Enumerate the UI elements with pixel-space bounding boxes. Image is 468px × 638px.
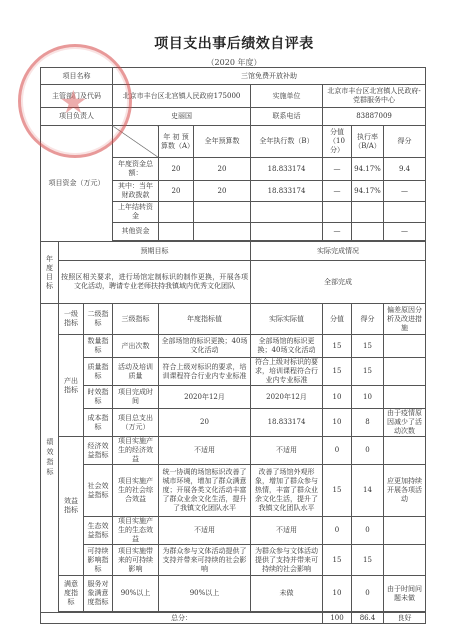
score-cell: 14 (352, 465, 384, 517)
row-funds-header: 项目资金（万元） 年 初 预算数（A） 全年预算数 全年执行数（B） 分值（10… (41, 126, 426, 158)
header-value: 分值 (323, 304, 352, 335)
indicator-row: 可持续影响指标 项目实施带来的可持续影响 为群众参与文体活动提供了支持并带来可持… (41, 545, 426, 576)
impl-unit-label: 实施单位 (251, 85, 323, 108)
level2-cell: 可持续影响指标 (84, 545, 113, 576)
fund-score: — (384, 223, 426, 241)
row-goals-content: 按照区相关要求，进行场馆定制标识的制作更换，开展各项文化活动，聘请专业老师扶持我… (41, 261, 426, 304)
reason-cell: 应更加持续开展各项活动 (384, 465, 426, 517)
target-cell: 20 (159, 409, 251, 437)
row-project-name: 项目名称 三馆免费开放补助 (41, 68, 426, 85)
level3-cell: 项目实施产生的社会综合效益 (113, 465, 159, 517)
page-title: 项目支出事后绩效自评表 (0, 33, 468, 53)
level3-cell: 活动及培训质量 (113, 358, 159, 386)
header-reason: 偏差原因分析及改进措施 (384, 304, 426, 335)
value-cell: 10 (323, 409, 352, 437)
actual-cell: 改善了场馆外观形象，增加了群众参与热情，丰富了群众业余文化生活，提升了我镇文化团… (251, 465, 323, 517)
value-cell: 15 (323, 465, 352, 517)
row-manager: 项目负责人 史丽国 联系电话 83887009 (41, 108, 426, 126)
header-level1: 一级指标 (59, 304, 84, 335)
fund-initial (159, 223, 194, 241)
score-cell: 15 (352, 358, 384, 386)
row-dept: 主管部门及代码 北京市丰台区北宫镇人民政府175000 实施单位 北京市丰台区北… (41, 85, 426, 108)
indicator-row: 效益指标 经济效益指标 项目实施产生的经济效益 不适用 不适用 0 0 (41, 437, 426, 465)
reason-cell (384, 358, 426, 386)
level3-cell: 项目总支出（万元） (113, 409, 159, 437)
fund-row-label: 上年结转资金 (113, 202, 159, 223)
header-exec-rate: 执行率（B/A） (352, 126, 384, 158)
level2-cell: 经济效益指标 (84, 437, 113, 465)
funds-section-label: 项目资金（万元） (41, 126, 113, 242)
reason-cell (384, 335, 426, 358)
impl-unit-value: 北京市丰台区北宫镇人民政府-党群服务中心 (323, 85, 426, 108)
score-cell: 8 (352, 409, 384, 437)
actual-cell: 不适用 (251, 517, 323, 545)
actual-cell: 符合上级对标识的要求，培训课程符合行业内专业标准 (251, 358, 323, 386)
manager-value: 史丽国 (113, 108, 251, 126)
fund-value (323, 202, 352, 223)
evaluation-table: 项目名称 三馆免费开放补助 主管部门及代码 北京市丰台区北宫镇人民政府17500… (40, 67, 426, 624)
target-cell: 2020年12月 (159, 386, 251, 409)
project-name-label: 项目名称 (41, 68, 113, 85)
level3-cell: 项目完成时间 (113, 386, 159, 409)
phone-value: 83887009 (323, 108, 426, 126)
score-cell: 10 (352, 386, 384, 409)
header-actual: 实际实际值 (251, 304, 323, 335)
fund-value: — (323, 181, 352, 202)
actual-cell: 18.833174 (251, 409, 323, 437)
header-annual-exec: 全年执行数（B） (251, 126, 323, 158)
diagonal-header-cell (113, 126, 159, 158)
indicators-section-label: 绩效指标 (41, 304, 59, 613)
score-cell: 15 (352, 545, 384, 576)
actual-cell: 全部场馆的标识更换；40场文化活动 (251, 335, 323, 358)
level1-benefit: 效益指标 (59, 437, 84, 576)
fund-rate: 94.17% (352, 158, 384, 181)
score-cell: 0 (352, 437, 384, 465)
row-indicators-header: 绩效指标 一级指标 二级指标 三级指标 年度指标值 实际实际值 分值 得分 偏差… (41, 304, 426, 335)
actual-goal-text: 全部完成 (251, 261, 426, 304)
reason-cell: 由于疫情原因减少了活动次数 (384, 409, 426, 437)
fund-rate: 94.17% (352, 181, 384, 202)
target-cell: 为群众参与文体活动提供了支持并带来可持续的社会影响 (159, 545, 251, 576)
fund-exec: 18.833174 (251, 181, 323, 202)
header-score: 得分 (352, 304, 384, 335)
indicator-row: 质量指标 活动及培训质量 符合上级对标识的要求，培训课程符合行业内专业标准 符合… (41, 358, 426, 386)
value-cell: 15 (323, 358, 352, 386)
actual-cell: 为群众参与文体活动提供了支持并带来可持续的社会影响 (251, 545, 323, 576)
reason-cell (384, 386, 426, 409)
reason-cell (384, 437, 426, 465)
actual-goal-header: 实际完成情况 (251, 242, 426, 261)
value-cell: 0 (323, 517, 352, 545)
value-cell: 0 (323, 437, 352, 465)
value-cell: 15 (323, 545, 352, 576)
target-cell: 全部场馆的标识更换；40场文化活动 (159, 335, 251, 358)
level3-cell: 项目实施产生的经济效益 (113, 437, 159, 465)
fund-annual (194, 202, 251, 223)
actual-cell: 不适用 (251, 437, 323, 465)
fund-annual: 20 (194, 181, 251, 202)
indicator-row: 生态效益指标 项目实施产生的生态效益 不适用 不适用 0 0 (41, 517, 426, 545)
row-goals-header: 年度目标 预期目标 实际完成情况 (41, 242, 426, 261)
header-annual-budget: 全年预算数 (194, 126, 251, 158)
target-cell: 不适用 (159, 517, 251, 545)
expected-goal-text: 按照区相关要求，进行场馆定制标识的制作更换，开展各项文化活动，聘请专业老师扶持我… (59, 261, 251, 304)
header-level3: 三级指标 (113, 304, 159, 335)
expected-goal-header: 预期目标 (59, 242, 251, 261)
indicator-row: 社会效益指标 项目实施产生的社会综合效益 统一协调的场馆标识改善了城市环境，增加… (41, 465, 426, 517)
fund-exec: 18.833174 (251, 158, 323, 181)
reason-cell (384, 517, 426, 545)
fund-initial: 20 (159, 181, 194, 202)
header-score: 得分 (384, 126, 426, 158)
dept-label: 主管部门及代码 (41, 85, 113, 108)
level3-cell: 产出次数 (113, 335, 159, 358)
fund-rate (352, 202, 384, 223)
fund-value: — (323, 158, 352, 181)
indicator-row: 成本指标 项目总支出（万元） 20 18.833174 10 8 由于疫情原因减… (41, 409, 426, 437)
header-level2: 二级指标 (84, 304, 113, 335)
level2-cell: 时效指标 (84, 386, 113, 409)
phone-label: 联系电话 (251, 108, 323, 126)
level2-cell: 生态效益指标 (84, 517, 113, 545)
fund-annual: 20 (194, 158, 251, 181)
level2-cell: 数量指标 (84, 335, 113, 358)
dept-value: 北京市丰台区北宫镇人民政府175000 (113, 85, 251, 108)
fund-row-label: 年度资金总额： (113, 158, 159, 181)
fund-exec (251, 223, 323, 241)
fund-value: — (323, 223, 352, 241)
score-cell: 0 (352, 517, 384, 545)
actual-cell: 2020年12月 (251, 386, 323, 409)
indicator-row: 时效指标 项目完成时间 2020年12月 2020年12月 10 10 (41, 386, 426, 409)
header-score-value: 分值（10分） (323, 126, 352, 158)
header-target: 年度指标值 (159, 304, 251, 335)
fund-initial (159, 202, 194, 223)
manager-label: 项目负责人 (41, 108, 113, 126)
level3-cell: 项目实施产生的生态效益 (113, 517, 159, 545)
fund-rate (352, 223, 384, 241)
indicator-row: 产出指标 数量指标 产出次数 全部场馆的标识更换；40场文化活动 全部场馆的标识… (41, 335, 426, 358)
project-name-value: 三馆免费开放补助 (113, 68, 426, 85)
level3-cell: 项目实施带来的可持续影响 (113, 545, 159, 576)
fund-score (384, 202, 426, 223)
level2-cell: 成本指标 (84, 409, 113, 437)
value-cell: 15 (323, 335, 352, 358)
fund-initial: 20 (159, 158, 194, 181)
reason-cell (384, 545, 426, 576)
level2-cell: 社会效益指标 (84, 465, 113, 517)
target-cell: 不适用 (159, 437, 251, 465)
value-cell: 10 (323, 386, 352, 409)
fund-row-label: 其他资金 (113, 223, 159, 241)
header-initial-budget: 年 初 预算数（A） (159, 126, 194, 158)
fund-annual (194, 223, 251, 241)
level2-cell: 质量指标 (84, 358, 113, 386)
fund-score: — (384, 181, 426, 202)
level1-output: 产出指标 (59, 335, 84, 437)
fund-score: 9.4 (384, 158, 426, 181)
target-cell: 符合上级对标识的要求，培训课程符合行业内专业标准 (159, 358, 251, 386)
blank-footer (0, 605, 468, 638)
score-cell: 15 (352, 335, 384, 358)
goals-section-label: 年度目标 (41, 242, 59, 304)
fund-row-label: 其中：当年财政拨款 (113, 181, 159, 202)
target-cell: 统一协调的场馆标识改善了城市环境，增加了群众满意度；开展各类文化活动丰富了群众业… (159, 465, 251, 517)
fund-exec (251, 202, 323, 223)
